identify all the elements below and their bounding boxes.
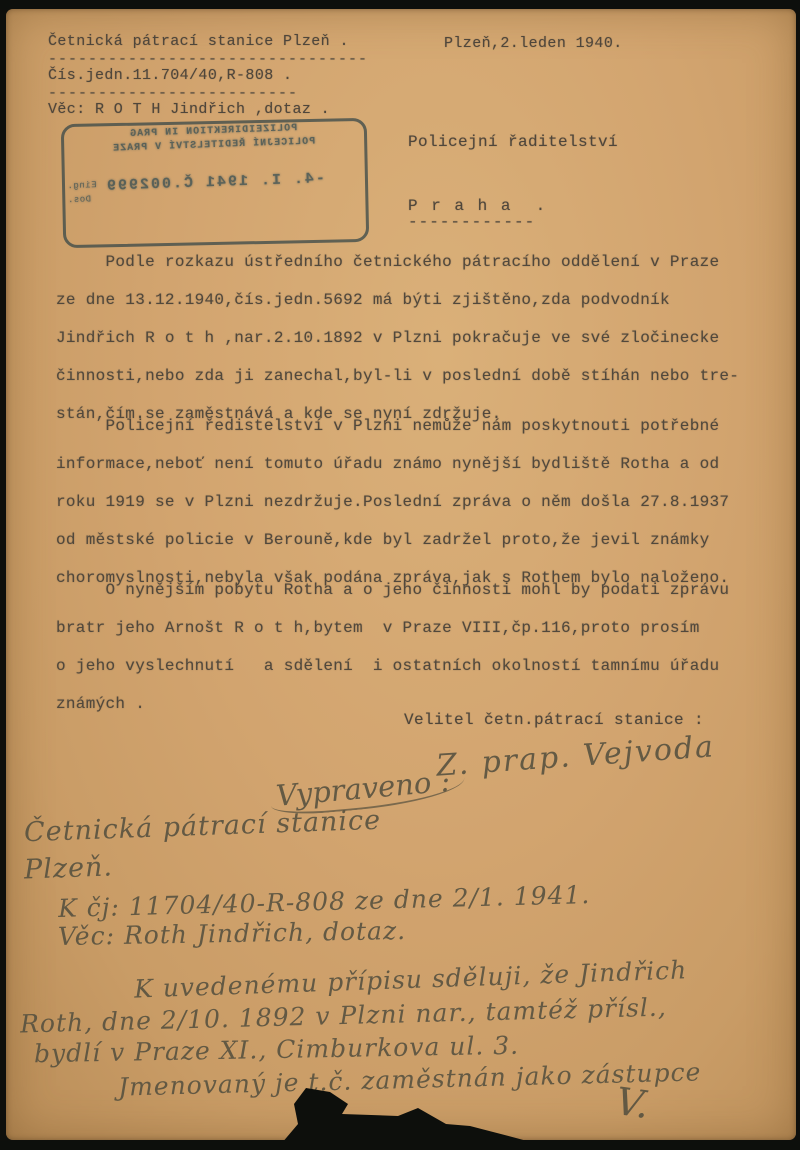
paper-sheet: Četnická pátrací stanice Plzeň . Plzeň,2… (6, 9, 796, 1140)
body-p3-line2: bratr jeho Arnošt R o t h,bytem v Praze … (56, 619, 700, 637)
commander-signature: Z. prap. Vejvoda (435, 729, 716, 783)
stamp-date-number: -4. I. 1941 Č.002999 (65, 169, 365, 196)
closing-title: Velitel četn.pátrací stanice : (404, 711, 704, 729)
body-p1-line3: Jindřich R o t h ,nar.2.10.1892 v Plzni … (56, 329, 719, 347)
body-p2-line1: Policejní ředistelství v Plzni nemůže ná… (56, 417, 719, 435)
receipt-stamp: POLIZEIDIREKTION IN PRAG POLICEJNÍ ŘEDIT… (61, 118, 370, 248)
stamp-eing-label: Eing. (67, 180, 97, 191)
handwritten-station: Četnická pátrací stanice (24, 805, 382, 848)
separator-line-2: ------------------------- (48, 85, 298, 102)
separator-line-1: -------------------------------- (48, 51, 368, 68)
handwritten-body-line2: Roth, dne 2/10. 1892 v Plzni nar., tamté… (20, 993, 667, 1039)
body-p1-line1: Podle rozkazu ústředního četnického pátr… (56, 253, 719, 271)
handwritten-subject: Věc: Roth Jindřich, dotaz. (58, 916, 407, 951)
subject-line: Věc: R O T H Jindřich ,dotaz . (48, 101, 330, 118)
body-p2-line2: informace,neboť není tomuto úřadu známo … (56, 455, 719, 473)
station-line: Četnická pátrací stanice Plzeň . (48, 33, 349, 50)
body-p3-line3: o jeho vyslechnutí a sdělení i ostatních… (56, 657, 719, 675)
body-p1-line2: ze dne 13.12.1940,čís.jedn.5692 má býti … (56, 291, 670, 309)
receipt-stamp-content: POLIZEIDIREKTION IN PRAG POLICEJNÍ ŘEDIT… (63, 119, 367, 247)
addressee-underline: ------------ (408, 213, 535, 231)
body-p2-line4: od městské policie v Berouně,kde byl zad… (56, 531, 710, 549)
body-p1-line4: činnosti,nebo zda ji zanechal,byl-li v p… (56, 367, 739, 385)
scanned-document-page: Četnická pátrací stanice Plzeň . Plzeň,2… (0, 0, 800, 1150)
body-p3-line4: známých . (56, 695, 145, 713)
addressee-office: Policejní řaditelství (408, 133, 618, 151)
reference-number-line: Čís.jedn.11.704/40,R-808 . (48, 67, 292, 84)
handwritten-check-mark: V. (613, 1079, 652, 1127)
handwritten-body-line3: bydlí v Praze XI., Cimburkova ul. 3. (34, 1031, 520, 1068)
body-p3-line1: O nynějším pobytu Rotha a o jeho činnost… (56, 581, 729, 599)
body-p2-line3: roku 1919 se v Plzni nezdržuje.Poslední … (56, 493, 729, 511)
handwritten-city: Plzeň. (23, 851, 113, 885)
stamp-dos-label: Dos. (67, 194, 91, 205)
dateline: Plzeň,2.leden 1940. (444, 35, 623, 52)
